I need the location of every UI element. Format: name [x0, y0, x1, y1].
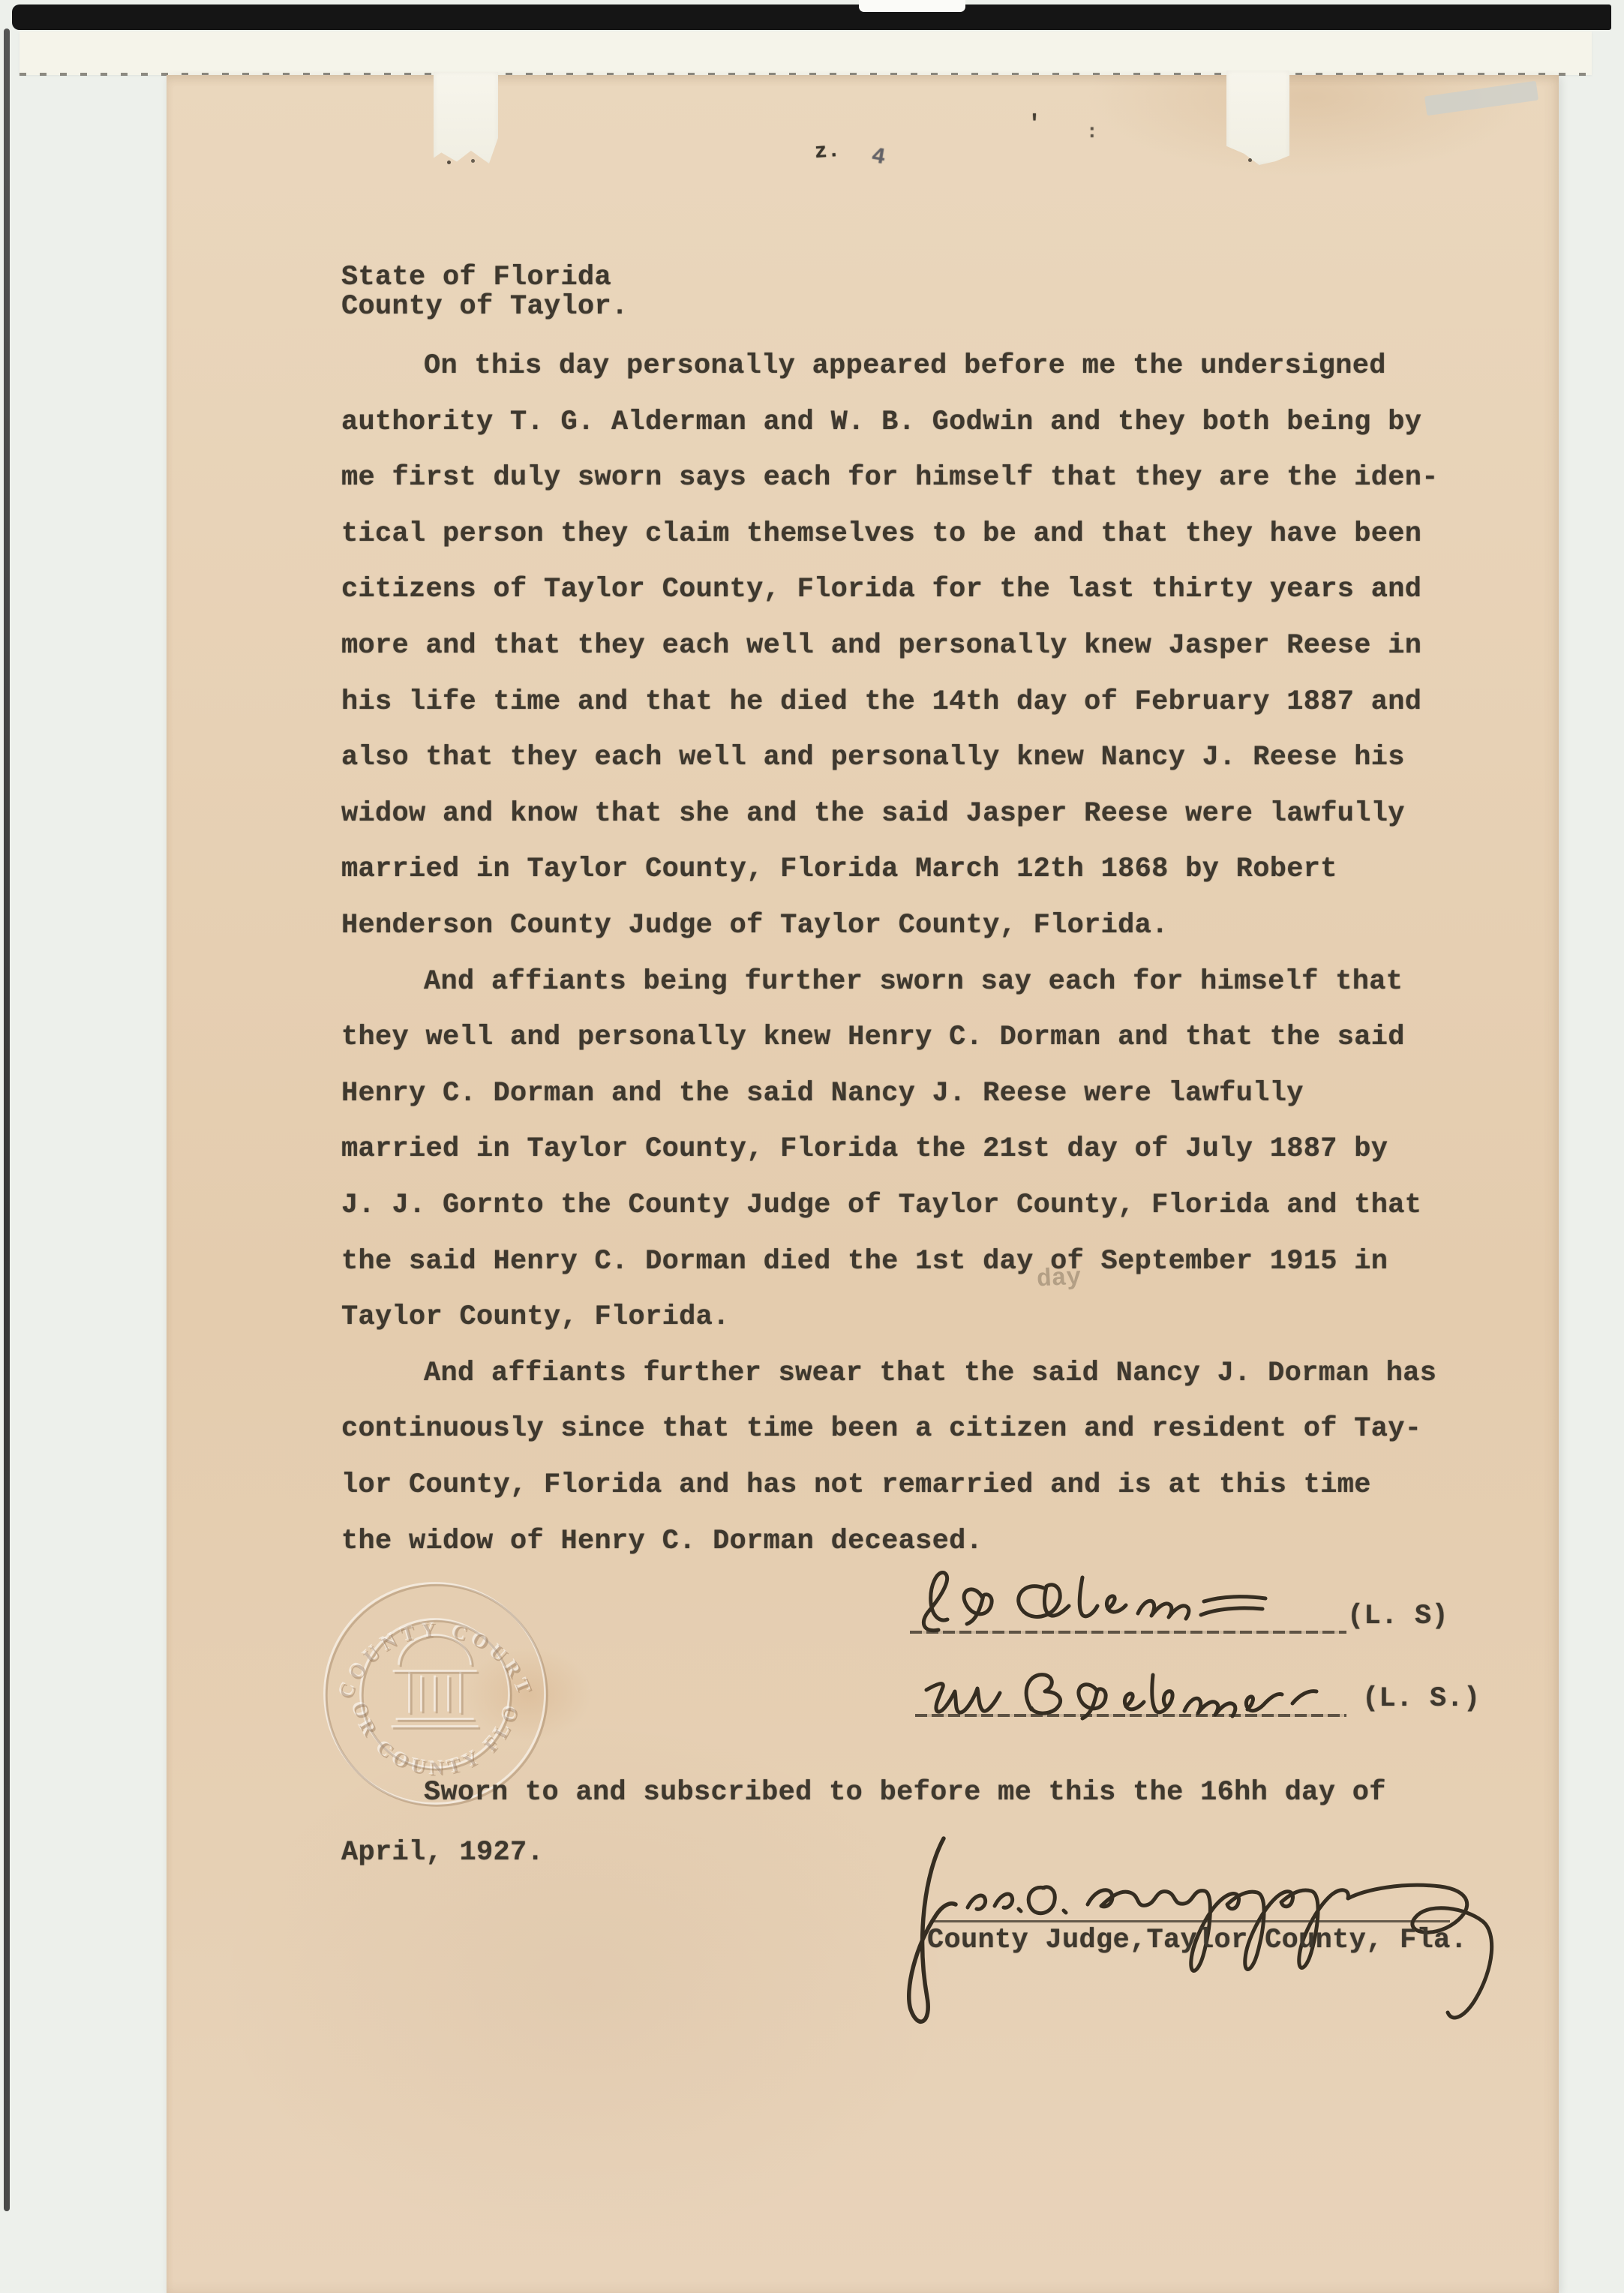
- document-line: married in Taylor County, Florida the 21…: [341, 1134, 1388, 1164]
- scanner-left-edge-line: [4, 29, 10, 2211]
- scanner-edge-notch: [859, 0, 965, 12]
- tape-residue-dots: [447, 161, 451, 164]
- document-line: continuously since that time been a citi…: [341, 1414, 1421, 1444]
- document-line: And affiants further swear that the said…: [341, 1358, 1436, 1388]
- stray-ink-mark: z.: [814, 137, 842, 168]
- document-line: authority T. G. Alderman and W. B. Godwi…: [341, 407, 1421, 437]
- document-line: citizens of Taylor County, Florida for t…: [341, 575, 1421, 605]
- document-line: more and that they each well and persona…: [341, 631, 1421, 661]
- date-line: April, 1927.: [341, 1838, 544, 1868]
- document-line: Henderson County Judge of Taylor County,…: [341, 911, 1169, 941]
- document-line: me first duly sworn says each for himsel…: [341, 463, 1439, 493]
- judge-title: County Judge,Taylor County, Fla.: [927, 1925, 1467, 1955]
- document-line: also that they each well and personally …: [341, 743, 1405, 773]
- backing-strip: [20, 32, 1592, 75]
- document-line: married in Taylor County, Florida March …: [341, 854, 1337, 884]
- document-line: the widow of Henry C. Dorman deceased.: [341, 1526, 983, 1556]
- heading-county: County of Taylor.: [341, 292, 629, 322]
- scanner-edge-bar: [12, 5, 1611, 30]
- tape-piece-left: [434, 72, 498, 164]
- signature-affiant-1: [904, 1564, 1354, 1639]
- tick-mark: ': [1028, 110, 1041, 140]
- judge-signature-line: [934, 1920, 1450, 1922]
- seal-abbrev-2: (L. S.): [1362, 1684, 1481, 1714]
- document-line: And affiants being further sworn say eac…: [341, 967, 1403, 997]
- document-scan: z. 4 ' : State of Florida County of Tayl…: [0, 0, 1624, 2293]
- faint-mark: :: [1086, 117, 1098, 147]
- document-line: Taylor County, Florida.: [341, 1302, 730, 1332]
- document-line: widow and know that she and the said Jas…: [341, 799, 1405, 829]
- document-line: they well and personally knew Henry C. D…: [341, 1022, 1405, 1052]
- signature-line-1: [910, 1631, 1346, 1634]
- sworn-statement-line: Sworn to and subscribed to before me thi…: [341, 1778, 1386, 1808]
- document-line: J. J. Gornto the County Judge of Taylor …: [341, 1190, 1421, 1220]
- document-line: his life time and that he died the 14th …: [341, 687, 1421, 717]
- document-line: Henry C. Dorman and the said Nancy J. Re…: [341, 1079, 1304, 1109]
- signature-line-2: [915, 1714, 1346, 1717]
- document-line: the said Henry C. Dorman died the 1st da…: [341, 1247, 1388, 1277]
- seal-abbrev-1: (L. S): [1347, 1601, 1448, 1631]
- document-line: On this day personally appeared before m…: [341, 351, 1386, 381]
- ghost-pencil-word: day: [1036, 1263, 1082, 1293]
- document-line: lor County, Florida and has not remarrie…: [341, 1470, 1371, 1500]
- document-line: tical person they claim themselves to be…: [341, 519, 1421, 549]
- heading-state: State of Florida: [341, 263, 611, 293]
